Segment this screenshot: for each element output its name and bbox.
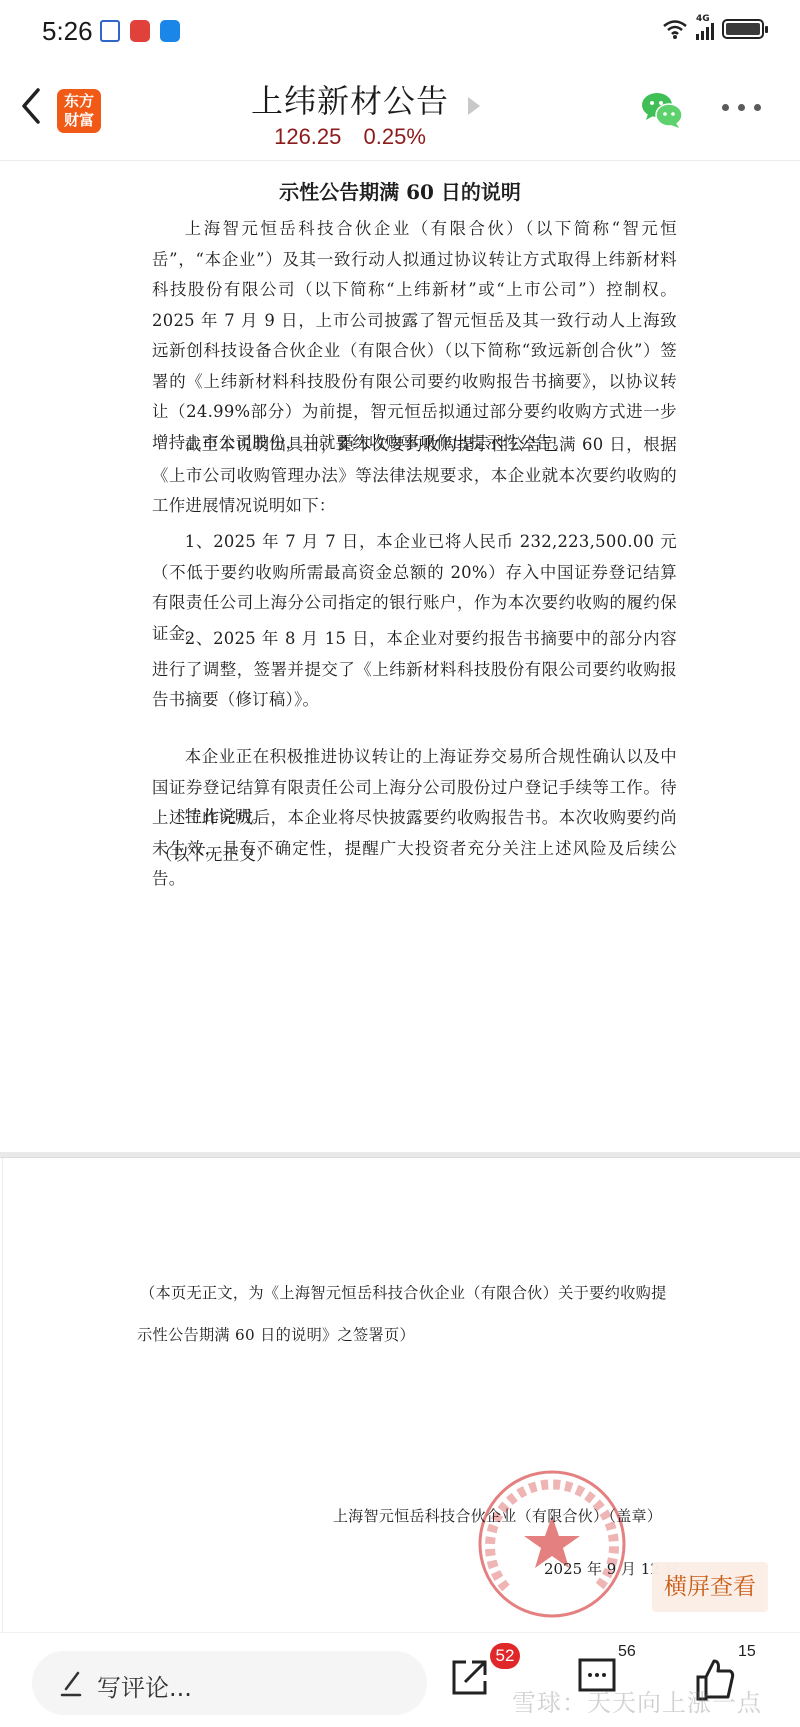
like-icon[interactable]: [694, 1657, 736, 1701]
stock-title-block[interactable]: 上纬新材公告 126.25 0.25%: [200, 76, 500, 150]
comment-placeholder: 写评论...: [97, 1668, 192, 1703]
status-bar: 5:26 4G: [0, 0, 800, 64]
weather-app-icon: [160, 20, 180, 42]
expand-arrow-icon[interactable]: [468, 97, 480, 115]
signature-note-line1: （本页无正文，为《上海智元恒岳科技合伙企业（有限合伙）关于要约收购提: [140, 1282, 680, 1303]
cellular-signal-icon: 4G: [696, 18, 714, 40]
paragraph: 特此说明。: [152, 802, 677, 833]
stock-price: 126.25: [274, 124, 341, 149]
landscape-view-button[interactable]: 横屏查看: [652, 1562, 768, 1612]
paragraph: 截至本说明出具日，距本次要约收购提示性公告已满 60 日，根据《上市公司收购管理…: [152, 430, 677, 522]
bottom-action-bar: 写评论... 52 56 15 雪球：天天向上涨一点: [0, 1632, 800, 1727]
pencil-icon: [58, 1669, 84, 1697]
stock-change: 0.25%: [364, 124, 426, 149]
share-count-badge: 52: [490, 1643, 520, 1669]
paragraph: 上海智元恒岳科技合伙企业（有限合伙）（以下简称“智元恒岳”，“本企业”）及其一致…: [152, 214, 677, 458]
app-header: 东方 财富 上纬新材公告 126.25 0.25%: [0, 64, 800, 161]
wechat-share-icon[interactable]: [640, 90, 684, 130]
paragraph: 2、2025 年 8 月 15 日，本企业对要约报告书摘要中的部分内容进行了调整…: [152, 624, 677, 716]
signing-entity: 上海智元恒岳科技合伙企业（有限合伙）（盖章）: [333, 1505, 662, 1526]
status-time: 5:26: [42, 16, 93, 47]
wifi-icon: [662, 18, 688, 40]
page-title: 上纬新材公告: [200, 76, 500, 122]
like-count: 15: [738, 1643, 756, 1661]
back-icon[interactable]: [14, 84, 48, 128]
battery-icon: [722, 19, 764, 39]
signature-note-line2: 示性公告期满 60 日的说明》之签署页）: [137, 1324, 677, 1345]
status-icons: 4G: [662, 18, 764, 40]
red-app-icon: [130, 20, 150, 42]
comment-input[interactable]: 写评论...: [32, 1651, 427, 1715]
paragraph: （以下无正文）: [156, 840, 681, 871]
stock-quote: 126.25 0.25%: [200, 124, 500, 150]
page-edge: [2, 1158, 3, 1632]
comment-icon[interactable]: [578, 1657, 618, 1697]
announcement-document: 示性公告期满 60 日的说明 上海智元恒岳科技合伙企业（有限合伙）（以下简称“智…: [0, 162, 800, 1632]
company-seal-icon: [476, 1468, 628, 1620]
document-title: 示性公告期满 60 日的说明: [0, 176, 800, 205]
page-divider: [0, 1152, 800, 1158]
blue-app-icon: [100, 20, 120, 42]
more-icon[interactable]: [722, 104, 761, 111]
comment-count: 56: [618, 1643, 636, 1661]
share-icon[interactable]: [450, 1657, 490, 1697]
eastmoney-logo[interactable]: 东方 财富: [57, 89, 101, 133]
